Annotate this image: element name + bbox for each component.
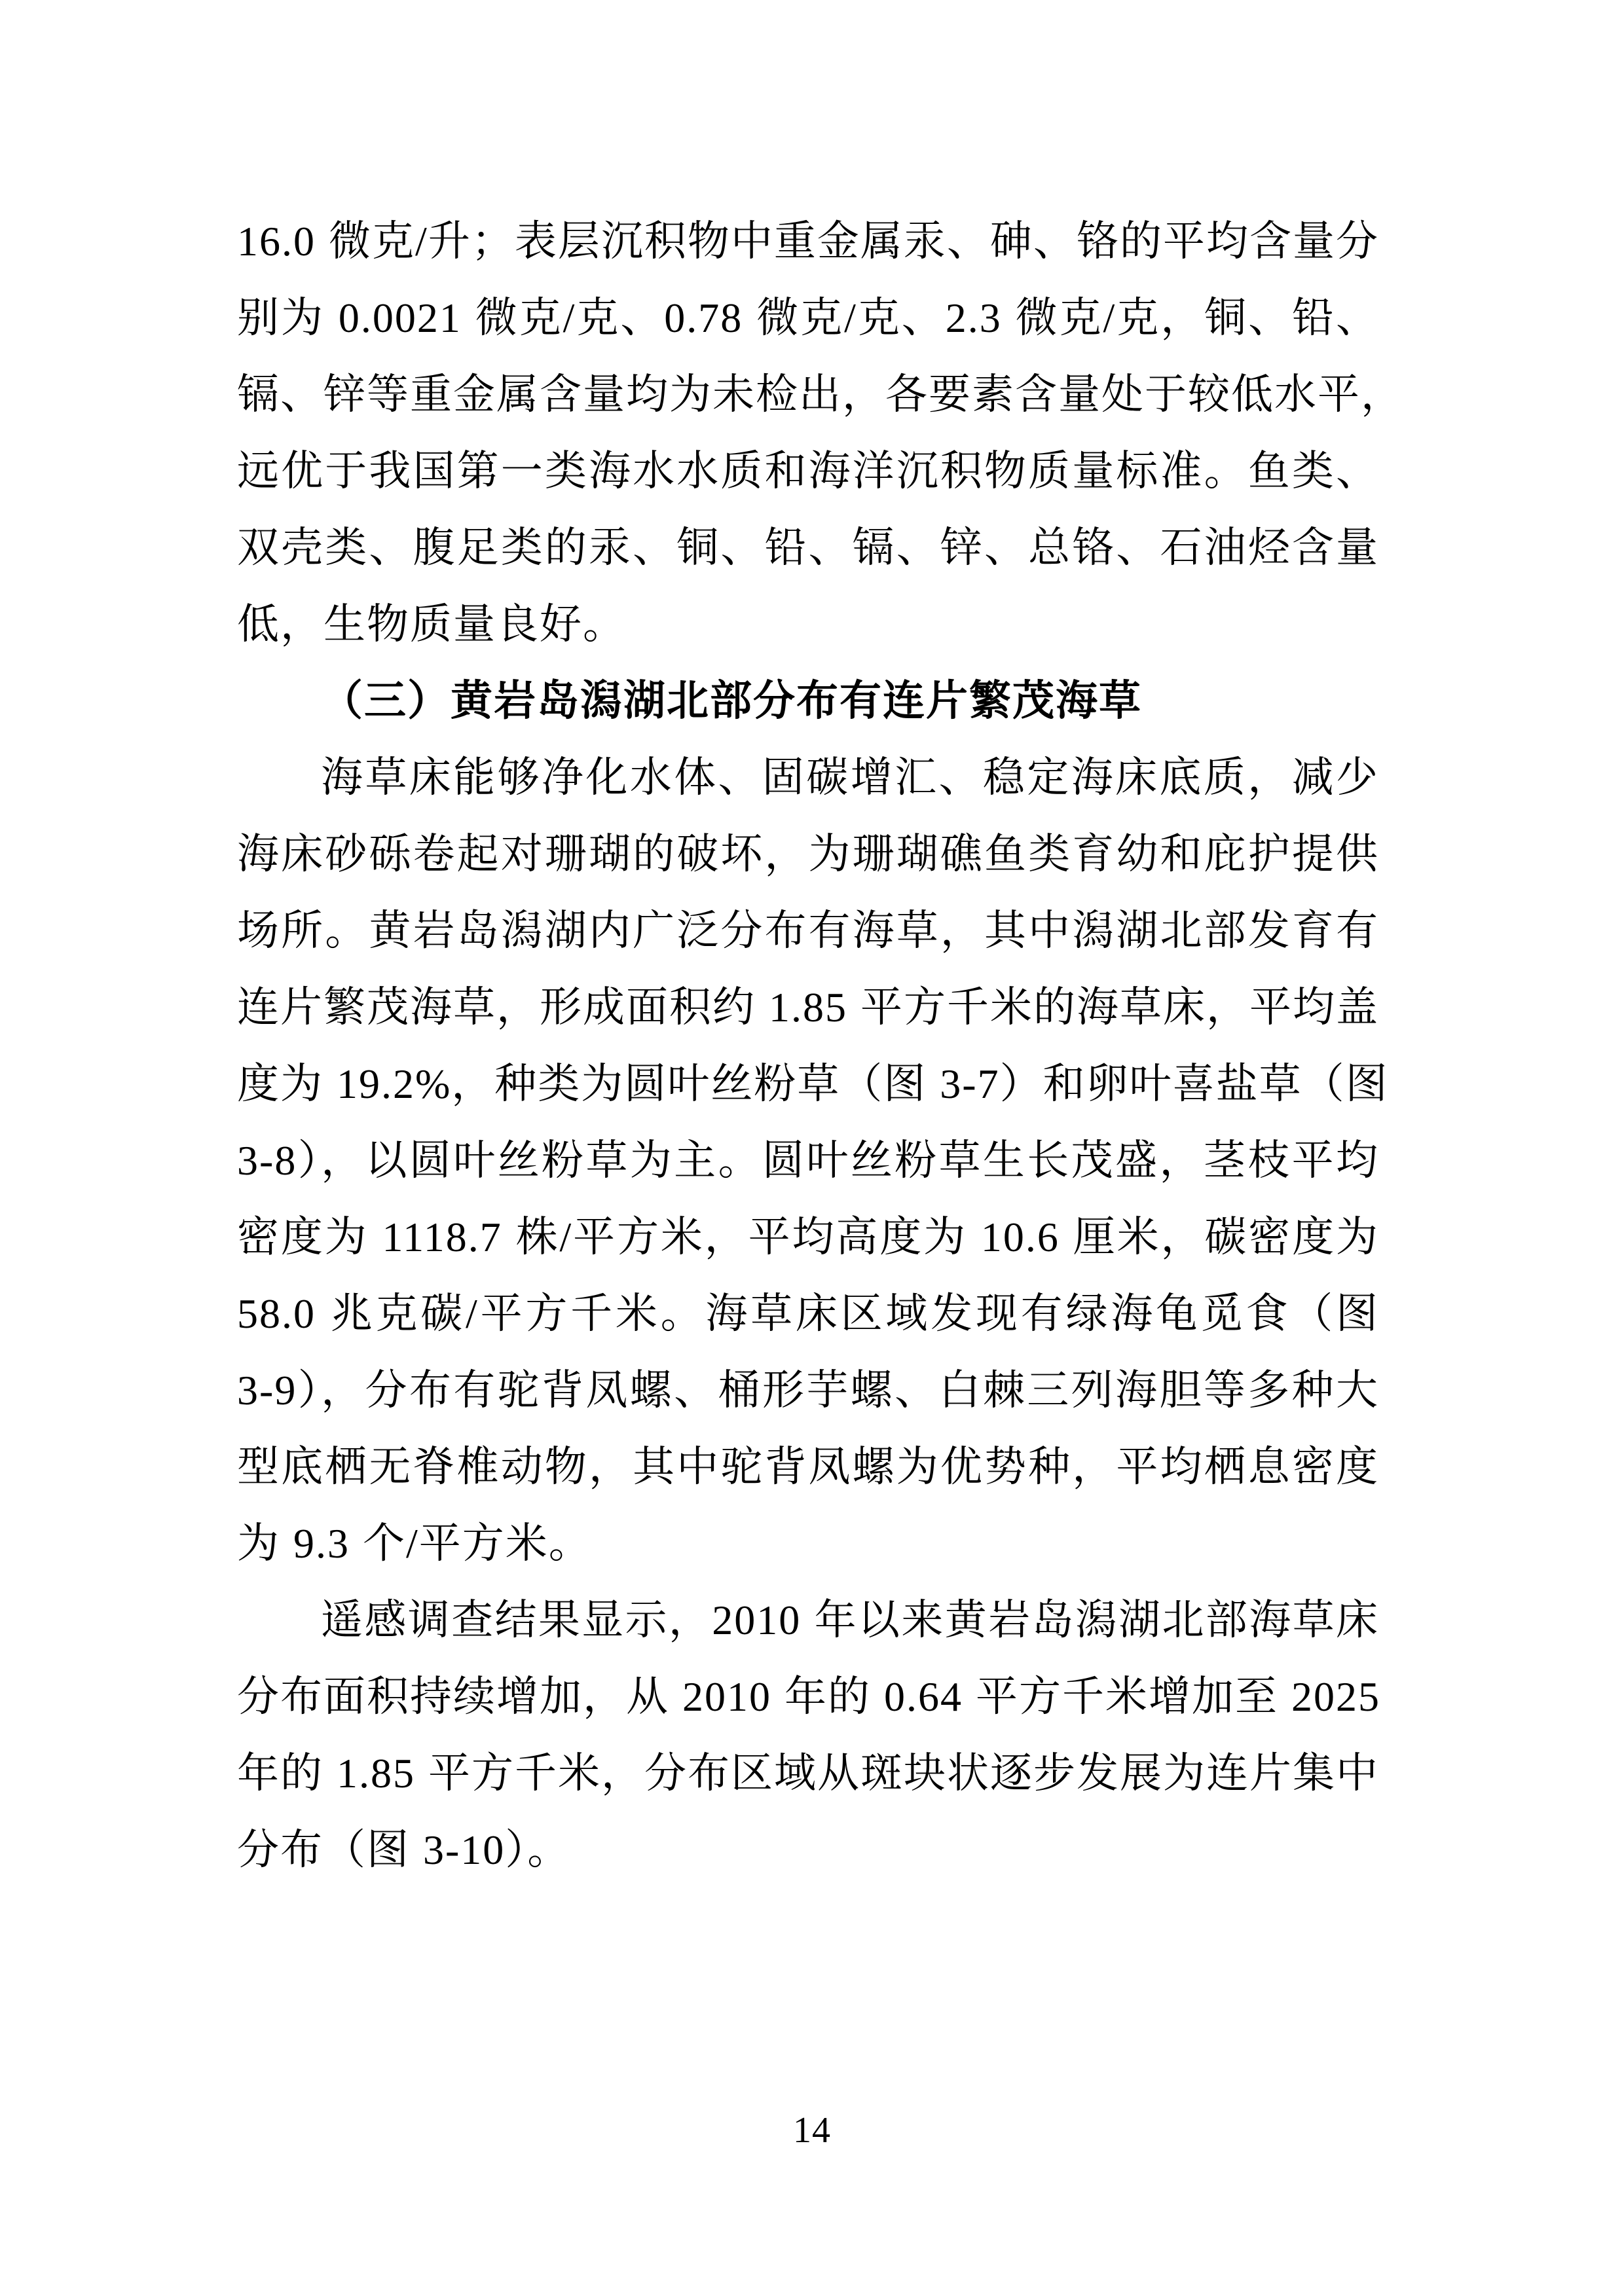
text-line: 3-8），以圆叶丝粉草为主。圆叶丝粉草生长茂盛，茎枝平均	[237, 1122, 1379, 1199]
text-line: 连片繁茂海草，形成面积约 1.85 平方千米的海草床，平均盖	[237, 969, 1379, 1046]
document-page: 16.0 微克/升；表层沉积物中重金属汞、砷、铬的平均含量分 别为 0.0021…	[0, 0, 1624, 2296]
text-line: 镉、锌等重金属含量均为未检出，各要素含量处于较低水平，	[237, 356, 1379, 433]
text-line: 低，生物质量良好。	[237, 586, 1379, 663]
text-line: 度为 19.2%，种类为圆叶丝粉草（图 3-7）和卵叶喜盐草（图	[237, 1046, 1379, 1122]
text-line: 海床砂砾卷起对珊瑚的破坏，为珊瑚礁鱼类育幼和庇护提供	[237, 816, 1379, 892]
text-line: 海草床能够净化水体、固碳增汇、稳定海床底质，减少	[237, 739, 1379, 816]
text-line: 型底栖无脊椎动物，其中驼背凤螺为优势种，平均栖息密度	[237, 1429, 1379, 1505]
text-line: 双壳类、腹足类的汞、铜、铅、镉、锌、总铬、石油烃含量	[237, 509, 1379, 586]
document-body: 16.0 微克/升；表层沉积物中重金属汞、砷、铬的平均含量分 别为 0.0021…	[237, 203, 1379, 1888]
text-line: 58.0 兆克碳/平方千米。海草床区域发现有绿海龟觅食（图	[237, 1275, 1379, 1352]
text-line: 分布面积持续增加，从 2010 年的 0.64 平方千米增加至 2025	[237, 1658, 1379, 1735]
text-line: 3-9），分布有驼背凤螺、桶形芋螺、白棘三列海胆等多种大	[237, 1352, 1379, 1429]
text-line: 密度为 1118.7 株/平方米，平均高度为 10.6 厘米，碳密度为	[237, 1199, 1379, 1275]
text-line: 分布（图 3-10）。	[237, 1812, 1379, 1888]
text-line: 场所。黄岩岛潟湖内广泛分布有海草，其中潟湖北部发育有	[237, 892, 1379, 969]
text-line: 遥感调查结果显示，2010 年以来黄岩岛潟湖北部海草床	[237, 1582, 1379, 1658]
text-line: 年的 1.85 平方千米，分布区域从斑块状逐步发展为连片集中	[237, 1735, 1379, 1812]
text-line: 远优于我国第一类海水水质和海洋沉积物质量标准。鱼类、	[237, 433, 1379, 509]
text-line: 为 9.3 个/平方米。	[237, 1505, 1379, 1582]
text-line: 16.0 微克/升；表层沉积物中重金属汞、砷、铬的平均含量分	[237, 203, 1379, 280]
section-heading: （三）黄岩岛潟湖北部分布有连片繁茂海草	[237, 663, 1379, 739]
page-number: 14	[0, 2109, 1624, 2151]
text-line: 别为 0.0021 微克/克、0.78 微克/克、2.3 微克/克，铜、铅、	[237, 280, 1379, 356]
